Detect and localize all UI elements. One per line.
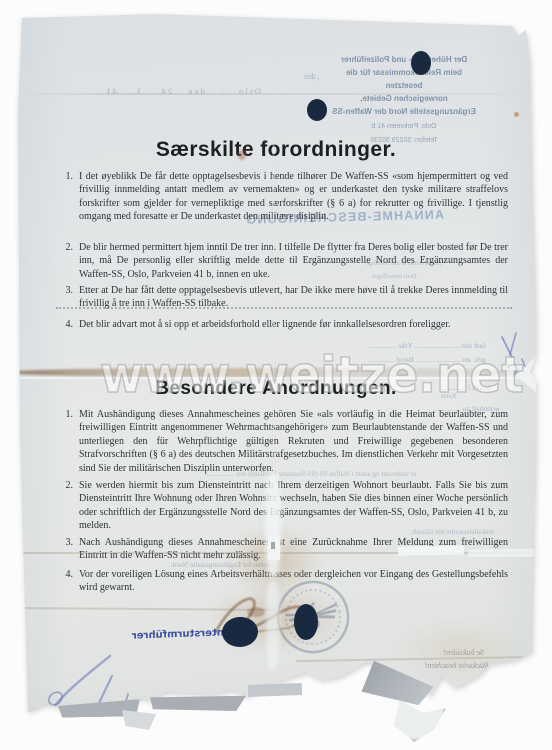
bleed-letterhead: Der Höhere SS- und Polizeiführer beim Re… bbox=[328, 53, 480, 146]
letterhead-address: Oslo, Parkveien 41 b bbox=[328, 121, 480, 132]
censor-dot bbox=[294, 604, 318, 640]
item-number: 1. bbox=[60, 170, 73, 224]
letterhead-line: Ergänzungsstelle Nord der Waffen-SS bbox=[328, 105, 480, 118]
item-number: 2. bbox=[60, 241, 73, 281]
german-item-2: 2. Sie werden hiermit bis zum Diensteint… bbox=[60, 479, 508, 533]
item-number: 4. bbox=[60, 568, 73, 595]
bleed-rueckseite: Bitte Rückseite beachten! bbox=[390, 661, 506, 670]
norwegian-item-3: 3. Etter at De har fått dette opptagelse… bbox=[60, 284, 508, 311]
item-text: Etter at De har fått dette opptagelsesbe… bbox=[79, 284, 508, 311]
bleed-date-line: Oslo , den 24. 3. 41 bbox=[56, 86, 261, 96]
item-number: 4. bbox=[60, 318, 73, 331]
watermark-text: www.weitze.net bbox=[100, 346, 524, 404]
bleed-den-label: , den bbox=[304, 72, 320, 81]
item-number: 1. bbox=[60, 408, 73, 475]
norwegian-item-4: 4. Det blir advart mot å si opp et arbei… bbox=[60, 318, 508, 331]
item-text: Nach Aushändigung dieses Annahmescheines… bbox=[79, 536, 508, 563]
german-item-1: 1. Mit Aushändigung dieses Annahmeschein… bbox=[60, 408, 508, 475]
item-number: 3. bbox=[60, 284, 73, 311]
bleed-se-baksiden: Se baksiden! bbox=[406, 648, 484, 657]
censor-dot bbox=[411, 51, 431, 75]
item-text: Sie werden hiermit bis zum Diensteintrit… bbox=[79, 479, 508, 533]
item-number: 3. bbox=[60, 536, 73, 563]
item-text: Det blir advart mot å si opp et arbeidsf… bbox=[79, 318, 508, 331]
norwegian-item-2: 2. De blir hermed permittert hjem inntil… bbox=[60, 241, 508, 281]
item-number: 2. bbox=[60, 479, 73, 533]
item-text: I det øyeblikk De får dette opptagelsesb… bbox=[79, 170, 508, 224]
torn-edge-backing bbox=[248, 683, 302, 697]
paper-shadow-wrap: Oslo , den 24. 3. 41 , den Der Höhere SS… bbox=[0, 0, 552, 750]
rust-spot bbox=[514, 112, 519, 117]
norwegian-item-1: 1. I det øyeblikk De får dette opptagels… bbox=[60, 170, 508, 224]
photographed-document: Oslo , den 24. 3. 41 , den Der Höhere SS… bbox=[0, 0, 552, 750]
document-paper: Oslo , den 24. 3. 41 , den Der Höhere SS… bbox=[16, 12, 536, 734]
norwegian-section-title: Særskilte forordninger. bbox=[16, 138, 536, 162]
letterhead-line: norwegischen Gebiete, bbox=[328, 92, 480, 105]
german-item-3: 3. Nach Aushändigung dieses Annahmeschei… bbox=[60, 536, 508, 563]
letterhead-line: beim Reichskommissar für die besetzten bbox=[328, 66, 480, 92]
item-text: De blir hermed permittert hjem inntil De… bbox=[79, 241, 508, 281]
item-text: Mit Aushändigung dieses Annahmescheines … bbox=[79, 408, 508, 475]
letterhead-line: Der Höhere SS- und Polizeiführer bbox=[328, 53, 480, 66]
censor-dot bbox=[307, 99, 327, 121]
